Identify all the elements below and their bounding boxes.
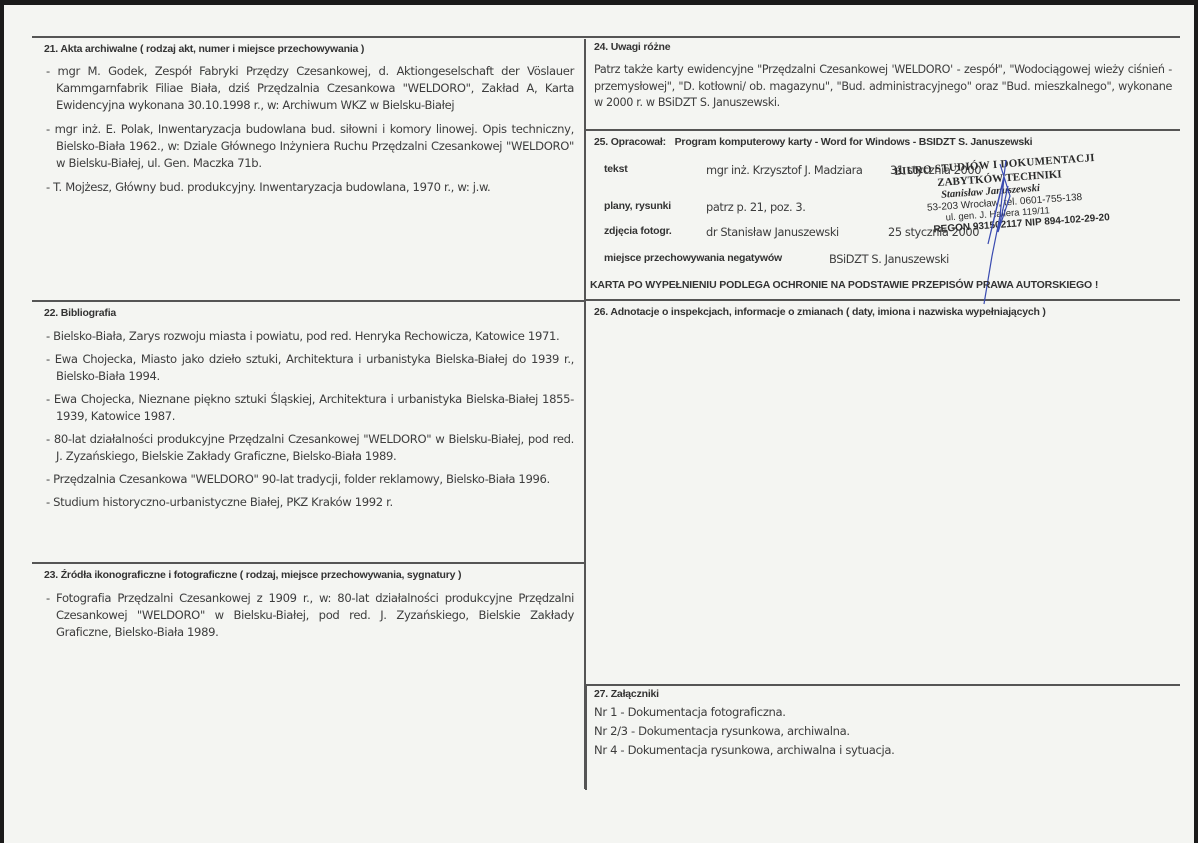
section-21-title: 21. Akta archiwalne ( rodzaj akt, numer … (44, 43, 574, 55)
divider-top (32, 36, 1180, 38)
section-23-entry: - Fotografia Przędzalni Czesankowej z 19… (44, 590, 574, 641)
copyright-notice: KARTA PO WYPEŁNIENIU PODLEGA OCHRONIE NA… (590, 279, 1098, 291)
section-23-title: 23. Źródła ikonograficzne i fotograficzn… (44, 569, 574, 581)
attachment-item: Nr 2/3 - Dokumentacja rysunkowa, archiwa… (594, 722, 1174, 741)
section-22-entry: - Ewa Chojecka, Nieznane piękno sztuki Ś… (44, 391, 574, 425)
label-text: tekst (604, 163, 628, 175)
attachment-item: Nr 4 - Dokumentacja rysunkowa, archiwaln… (594, 741, 1174, 760)
divider-column (584, 39, 586, 789)
section-24-text: Patrz także karty ewidencyjne "Przędzaln… (594, 62, 1172, 112)
divider-26 (585, 299, 1180, 301)
section-22-title: 22. Bibliografia (44, 307, 574, 319)
negatives-value: BSiDZT S. Januszewski (829, 252, 949, 266)
section-22-entry: - Bielsko-Biała, Zarys rozwoju miasta i … (44, 328, 574, 345)
section-21-entry: - T. Mojżesz, Główny bud. produkcyjny. I… (44, 179, 574, 196)
section-24-title: 24. Uwagi różne (594, 41, 1172, 53)
record-card-page: 21. Akta archiwalne ( rodzaj akt, numer … (4, 5, 1194, 843)
section-22-entry: - Przędzalnia Czesankowa "WELDORO" 90-la… (44, 471, 574, 488)
section-24-remarks: 24. Uwagi różne Patrz także karty ewiden… (594, 41, 1172, 112)
section-21-entry: - mgr M. Godek, Zespół Fabryki Przędzy C… (44, 63, 574, 114)
section-25-title: 25. Opracował: (594, 136, 666, 148)
divider-23 (32, 562, 584, 564)
drawings-value: patrz p. 21, poz. 3. (706, 200, 805, 214)
section-26-title: 26. Adnotacje o inspekcjach, informacje … (594, 306, 1174, 318)
section-22-entry: - 80-lat działalności produkcyjne Przędz… (44, 431, 574, 465)
text-author-value: mgr inż. Krzysztof J. Madziara (706, 163, 863, 177)
section-27-title: 27. Załączniki (594, 688, 1174, 700)
section-21-entry: - mgr inż. E. Polak, Inwentaryzacja budo… (44, 121, 574, 172)
section-21-archival-records: 21. Akta archiwalne ( rodzaj akt, numer … (44, 43, 574, 196)
divider-22 (32, 300, 584, 302)
divider-27 (585, 684, 1180, 686)
section-22-entry: - Studium historyczno-urbanistyczne Biał… (44, 494, 574, 511)
label-drawings: plany, rysunki (604, 200, 671, 212)
section-22-bibliography: 22. Bibliografia - Bielsko-Biała, Zarys … (44, 307, 574, 511)
section-22-entry: - Ewa Chojecka, Miasto jako dzieło sztuk… (44, 351, 574, 385)
section-23-iconographic-sources: 23. Źródła ikonograficzne i fotograficzn… (44, 569, 574, 641)
label-negatives: miejsce przechowywania negatywów (604, 252, 782, 264)
divider-right-27 (585, 685, 587, 790)
photos-value: dr Stanisław Januszewski (706, 225, 839, 239)
section-25-prepared-by: 25. Opracował: Program komputerowy karty… (594, 136, 1174, 296)
section-27-attachments: 27. Załączniki Nr 1 - Dokumentacja fotog… (594, 688, 1174, 760)
section-26-annotations: 26. Adnotacje o inspekcjach, informacje … (594, 306, 1174, 318)
section-25-program: Program komputerowy karty - Word for Win… (675, 136, 1033, 148)
attachment-item: Nr 1 - Dokumentacja fotograficzna. (594, 703, 1174, 722)
divider-25 (585, 129, 1180, 131)
label-photos: zdjęcia fotogr. (604, 225, 672, 237)
